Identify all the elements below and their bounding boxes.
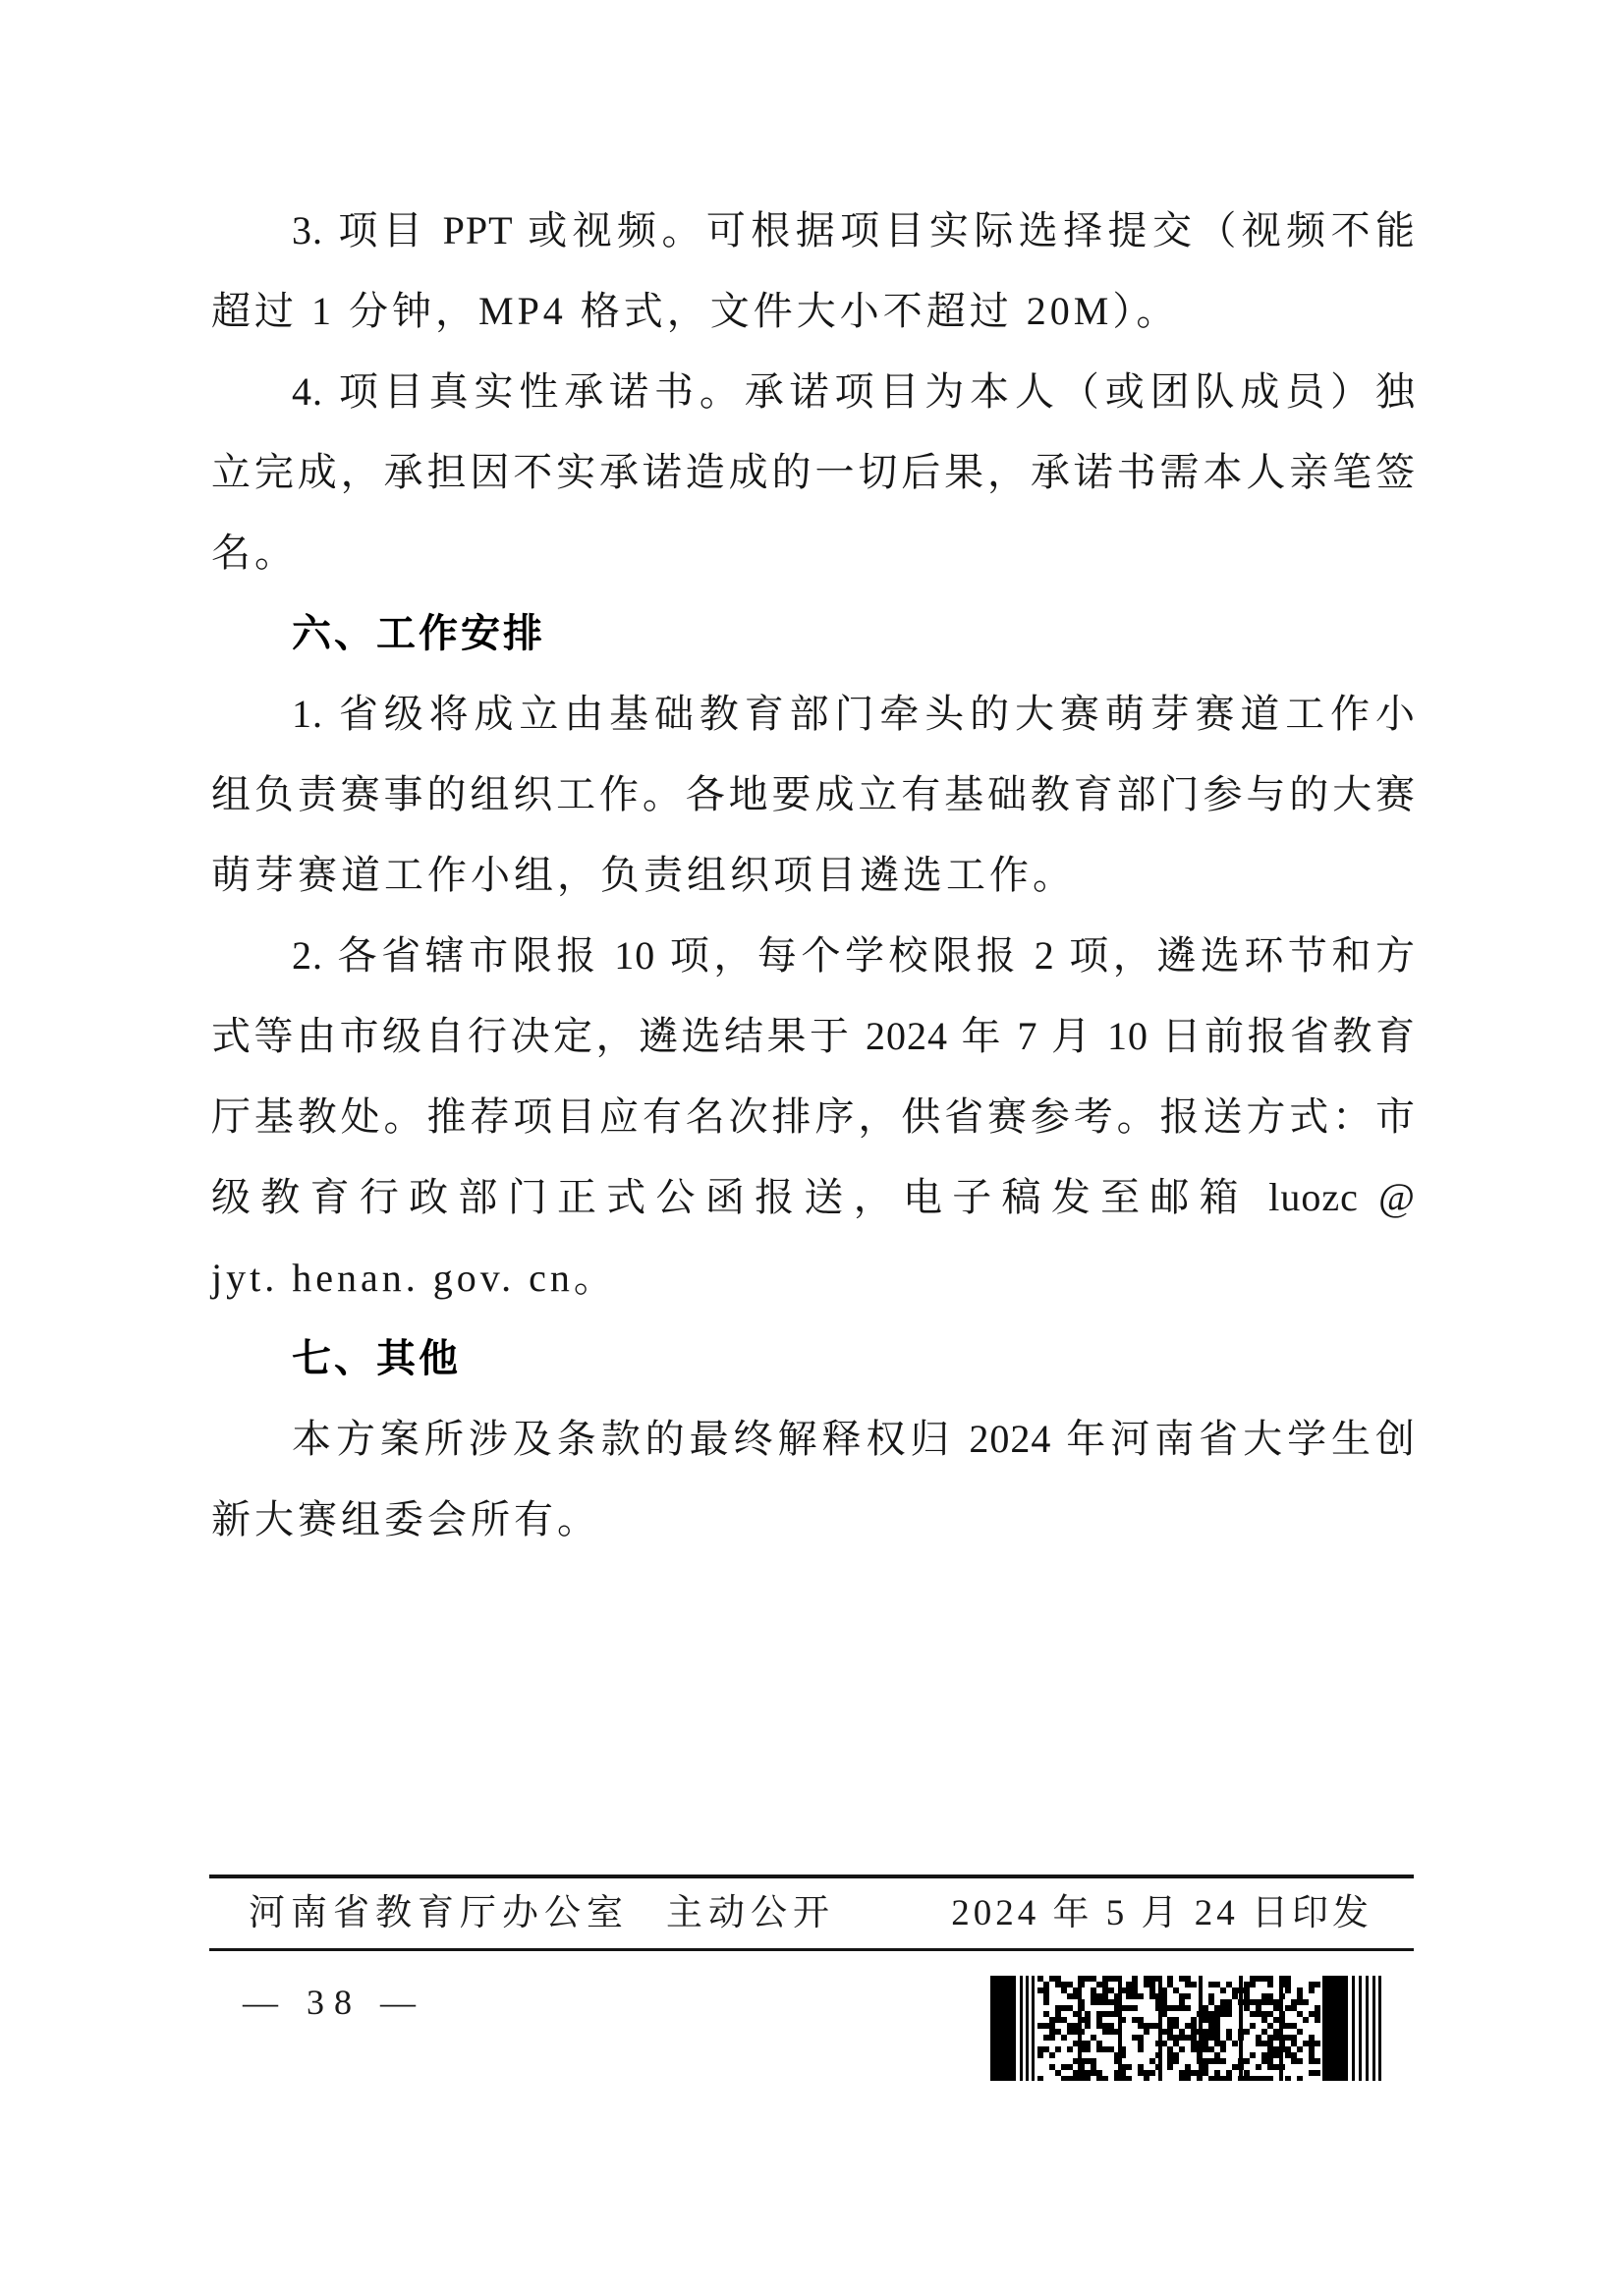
text-line: 式等由市级自行决定，遴选结果于 2024 年 7 月 10 日前报省教育 bbox=[211, 996, 1416, 1077]
text-line: 名。 bbox=[211, 513, 1416, 593]
body-text: 3. 项目 PPT 或视频。可根据项目实际选择提交（视频不能超过 1 分钟，MP… bbox=[211, 191, 1416, 1560]
text-line: 2. 各省辖市限报 10 项，每个学校限报 2 项，遴选环节和方 bbox=[211, 916, 1416, 996]
footer-row: 河南省教育厅办公室主动公开 2024 年 5 月 24 日印发 bbox=[209, 1884, 1414, 1943]
text-line: 3. 项目 PPT 或视频。可根据项目实际选择提交（视频不能 bbox=[211, 191, 1416, 271]
text-line: 厅基教处。推荐项目应有名次排序，供省赛参考。报送方式：市 bbox=[211, 1077, 1416, 1157]
page-number: — 38 — bbox=[243, 1977, 425, 2028]
text-line: jyt. henan. gov. cn。 bbox=[211, 1238, 1416, 1318]
text-line: 级教育行政部门正式公函报送，电子稿发至邮箱 luozc @ bbox=[211, 1157, 1416, 1238]
footer-rule-bottom bbox=[209, 1948, 1414, 1951]
section-heading: 七、其他 bbox=[211, 1318, 1416, 1399]
text-line: 本方案所涉及条款的最终解释权归 2024 年河南省大学生创 bbox=[211, 1399, 1416, 1480]
document-page: 3. 项目 PPT 或视频。可根据项目实际选择提交（视频不能超过 1 分钟，MP… bbox=[0, 0, 1624, 2295]
barcode-2d-icon bbox=[990, 1976, 1381, 2081]
text-line: 新大赛组委会所有。 bbox=[211, 1480, 1416, 1560]
text-line: 4. 项目真实性承诺书。承诺项目为本人（或团队成员）独 bbox=[211, 352, 1416, 432]
text-line: 1. 省级将成立由基础教育部门牵头的大赛萌芽赛道工作小 bbox=[211, 674, 1416, 755]
footer-disclosure-label: 主动公开 bbox=[666, 1893, 835, 1933]
footer-print-date: 2024 年 5 月 24 日印发 bbox=[951, 1884, 1372, 1943]
section-heading: 六、工作安排 bbox=[211, 593, 1416, 674]
footer-office-label: 河南省教育厅办公室 bbox=[249, 1893, 629, 1933]
text-line: 立完成，承担因不实承诺造成的一切后果，承诺书需本人亲笔签 bbox=[211, 432, 1416, 513]
text-line: 萌芽赛道工作小组，负责组织项目遴选工作。 bbox=[211, 835, 1416, 916]
footer-left-group: 河南省教育厅办公室主动公开 bbox=[249, 1884, 835, 1943]
text-line: 超过 1 分钟，MP4 格式，文件大小不超过 20M）。 bbox=[211, 271, 1416, 352]
footer-rule-top bbox=[209, 1875, 1414, 1878]
text-line: 组负责赛事的组织工作。各地要成立有基础教育部门参与的大赛 bbox=[211, 755, 1416, 835]
